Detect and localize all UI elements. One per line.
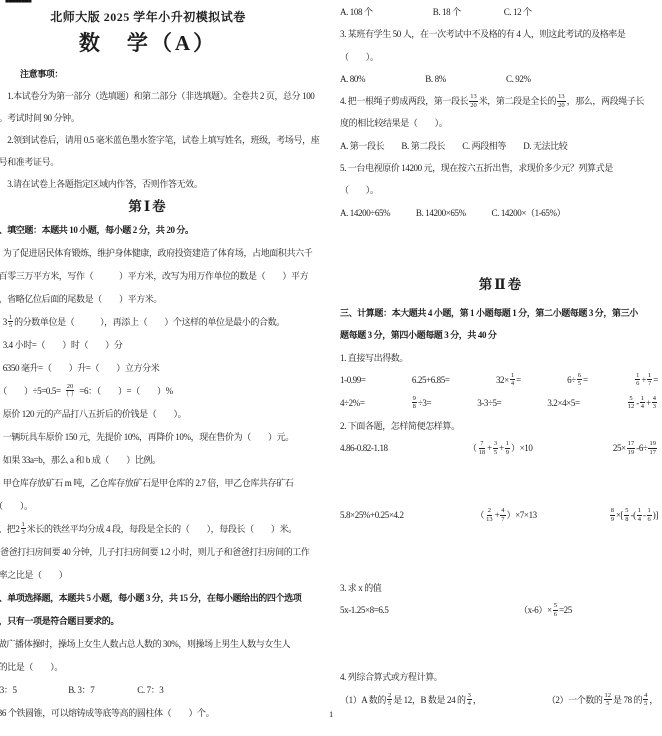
fraction: 14	[637, 507, 642, 523]
text-line: 5、（ ）÷5=0.5=20（ ）=6：（ ）=（ ）%	[0, 380, 306, 403]
text-line: 1. 做广播体操时，操场上女生人数占总人数的 30%，则操场上男生人数与女生人	[0, 633, 306, 656]
text-line: 16+17=	[634, 369, 658, 392]
text-line: 度的相比较结果是（ ）。	[340, 112, 662, 134]
text-line: 3、3.4 小时=（ ）时（ ）分	[0, 334, 306, 357]
paper-series-title: 北师大版 2025 学年小升初模拟试卷	[0, 8, 306, 25]
text-line: 4、6350 毫升=（ ）升=（ ）立方分米	[0, 357, 306, 380]
fraction: 1320	[469, 93, 478, 109]
fraction: 47	[500, 507, 505, 523]
left-column: 北师大版 2025 学年小升初模拟试卷 数 学（A） 注意事项： 1.本试卷分为…	[0, 8, 306, 725]
text-line: 9、甲仓库存放矿石 m 吨，乙仓库存放矿石是甲仓库的 2.7 倍，甲乙仓库共存矿…	[0, 472, 306, 495]
fraction: 14	[640, 395, 645, 411]
fraction: 20（ ）	[62, 383, 79, 399]
text-line: 8、如果 33a=b，那么 a 和 b 成（ ）比例。	[0, 449, 306, 472]
fraction: 25	[387, 692, 392, 708]
text-line: （213+47）×7×13	[475, 504, 536, 527]
fraction: 718	[478, 440, 487, 456]
text-line: A. 108 个 B. 18 个 C. 12 个	[340, 1, 662, 23]
text-line: A. 80% B. 8% C. 92%	[340, 68, 662, 90]
text-line: （ ）。	[340, 46, 662, 68]
text-line: （718+35+19）×10	[468, 437, 532, 460]
q2-row2: 5.8×25%+0.25×4.2（213+47）×7×1389×[58-(14-…	[340, 504, 662, 527]
fraction: 1719	[627, 440, 636, 456]
page-number: 1	[329, 709, 333, 719]
right-column: A. 108 个 B. 18 个 C. 12 个3. 某班有学生 50 人，在一…	[337, 1, 662, 712]
text-line: 5. 一台电视原价 14200 元，现在按六五折出售，求现价多少元？列算式是	[340, 157, 662, 179]
fraction: 16	[635, 372, 640, 388]
text-line: 九百零三万平方米，写作（ ）平方米，改写为用万作单位的数是（ ）平方	[0, 265, 306, 288]
text-line: 5x-1.25×8=6.5	[340, 599, 388, 622]
text-line: 7、一辆玩具车原价 150 元，先提价 10%，再降价 10%，现在售价为（ ）…	[0, 426, 306, 449]
text-line: 32×14=	[496, 369, 521, 392]
fraction: 1320	[557, 93, 566, 109]
text-line: 1-0.99=	[340, 369, 366, 392]
q4-label: 4. 列综合算式或方程计算。	[340, 666, 662, 688]
text-line: 1.本试卷分为第一部分（选填题）和第二部分（非选填题）。全卷共 2 页，总分 1…	[0, 85, 306, 107]
text-line: 中，只有一项是符合题目要求的。	[0, 610, 306, 633]
fraction: 17	[647, 372, 652, 388]
paper-subject-title: 数 学（A）	[0, 29, 306, 57]
fraction: 56	[553, 602, 558, 618]
text-line: 6、原价 120 元的产品打八五折后的价钱是（ ）。	[0, 403, 306, 426]
text-line: 3.2×4×5=	[547, 392, 579, 415]
text-line: 1、为了促进居民体育锻炼，维护身体健康，政府投资建造了体育场，占地面积共六千	[0, 242, 306, 265]
fraction: 15	[8, 314, 13, 330]
text-line: 10、把213米长的铁丝平均分成 4 段，每段是全长的（ ），每段长（ ）米。	[0, 518, 306, 541]
choice-questions-continued: A. 108 个 B. 18 个 C. 12 个3. 某班有学生 50 人，在一…	[340, 1, 662, 224]
text-line: 4÷2%=	[340, 392, 365, 415]
fraction: 13	[21, 521, 26, 537]
fraction: 98	[412, 395, 417, 411]
text-line: 89×[58-(14-16)]	[609, 504, 658, 527]
text-line: 2.领到试卷后，请用 0.5 毫米蓝色墨水签字笔，试卷上填写姓名，班级，考场号，…	[0, 129, 306, 151]
fraction: 34	[467, 692, 472, 708]
fraction: 89	[610, 507, 615, 523]
text-line: 4.86-0.82-1.18	[340, 437, 388, 460]
fraction: 65	[577, 372, 582, 388]
text-line: （ ）。	[340, 179, 662, 201]
notice-heading: 注意事项：	[0, 63, 306, 85]
text-line: （2）一个数的125是 78 的45，	[547, 689, 658, 712]
text-line: 512-14+43	[626, 392, 658, 415]
text-line: A. 第一段长 B. 第二段长 C. 两段相等 D. 无法比较	[340, 135, 662, 157]
fraction: 45	[643, 692, 648, 708]
fraction: 35	[493, 440, 498, 456]
part2-heading: 第Ⅱ卷	[340, 274, 662, 296]
text-line: 98÷3=	[411, 392, 432, 415]
text-line: 米，省略亿位后面的尾数是（ ）平方米。	[0, 288, 306, 311]
fraction: 125	[604, 692, 613, 708]
text-line: 6÷65=	[567, 369, 588, 392]
part1-heading: 第Ⅰ卷	[0, 195, 306, 219]
text-line: 3. 某班有学生 50 人，在一次考试中不及格的有 4 人，则这此考试的及格率是	[340, 23, 662, 45]
fraction: 58	[624, 507, 629, 523]
fraction: 14	[510, 372, 515, 388]
fraction: 213	[485, 507, 494, 523]
text-line: 5.8×25%+0.25×4.2	[340, 504, 404, 527]
text-line: 10.爸爸打扫房间要 40 分钟，儿子打扫房间要 1.2 小时，则儿子和爸爸打扫…	[0, 541, 306, 564]
text-line: 题每题 3 分，第四小题每题 3 分，共 40 分	[340, 324, 662, 346]
text-line: 25×1719-6÷1917	[613, 437, 658, 460]
q1-label: 1. 直接写出得数。	[340, 347, 662, 369]
text-line: 位号和准考证号。	[0, 151, 306, 173]
text-line: 4. 把一根绳子剪成两段，第一段长1320米，第二段是全长的1320，那么，两段…	[340, 90, 662, 112]
text-line: 3.请在试卷上各题指定区域内作答，否则作答无效。	[0, 173, 306, 195]
choice-questions: 1. 做广播体操时，操场上女生人数占总人数的 30%，则操场上男生人数与女生人数…	[0, 633, 306, 725]
text-line: （x-6）×56=25	[519, 599, 572, 622]
calc-section-heading: 三、计算题：本大题共 4 小题，第 1 小题每题 1 分，第二小题每题 3 分，…	[340, 302, 662, 347]
q2-row1: 4.86-0.82-1.18（718+35+19）×1025×1719-6÷19…	[340, 437, 662, 460]
choice-section-heading: 二、单项选择题，本题共 5 小题，每小题 3 分，共 15 分，在每小题给出的四…	[0, 587, 306, 633]
q4-row: （1）A 数的25是 12，B 数是 24 的34，（2）一个数的125是 78…	[340, 689, 662, 712]
text-line: 2、315的分数单位是（ ），再添上（ ）个这样的单位是最小的合数。	[0, 311, 306, 334]
exam-paper-page: ■■■■■■■■ 北师大版 2025 学年小升初模拟试卷 数 学（A） 注意事项…	[0, 0, 662, 736]
fill-section-heading: 一、填空题：本题共 10 小题，每小题 2 分，共 20 分。	[0, 219, 306, 242]
fraction: 512	[627, 395, 636, 411]
text-line: 效率之比是（ ）	[0, 564, 306, 587]
q3-label: 3. 求 x 的值	[340, 577, 662, 599]
q2-label: 2. 下面各题，怎样简便怎样算。	[340, 415, 662, 437]
fraction: 19	[505, 440, 510, 456]
text-line: 3-3÷5=	[477, 392, 501, 415]
text-line: 二、单项选择题，本题共 5 小题，每小题 3 分，共 15 分，在每小题给出的四…	[0, 587, 306, 610]
text-line: 6.25+6.85=	[412, 369, 450, 392]
q3-row: 5x-1.25×8=6.5（x-6）×56=25	[340, 599, 576, 622]
fraction: 43	[652, 395, 657, 411]
fill-questions: 1、为了促进居民体育锻炼，维护身体健康，政府投资建造了体育场，占地面积共六千九百…	[0, 242, 306, 587]
text-line: 2. 36 个铁圆锥，可以熔铸成等底等高的圆柱体（ ）个。	[0, 702, 306, 725]
text-line: （ ）。	[0, 495, 306, 518]
notice-lines: 1.本试卷分为第一部分（选填题）和第二部分（非选填题）。全卷共 2 页，总分 1…	[0, 85, 306, 195]
corner-mark: ■■■■■■■■	[5, 0, 31, 5]
text-line: A. 14200÷65% B. 14200×65% C. 14200×（1-65…	[340, 202, 662, 224]
text-line: 数的比是（ ）。	[0, 656, 306, 679]
fraction: 1917	[648, 440, 657, 456]
q1-row2: 4÷2%=98÷3=3-3÷5=3.2×4×5=512-14+43	[340, 392, 662, 415]
fraction: 16	[647, 507, 652, 523]
text-line: A. 3：5 B. 3：7 C. 7：3	[0, 679, 306, 702]
q1-row1: 1-0.99=6.25+6.85=32×14=6÷65=16+17=	[340, 369, 662, 392]
text-line: （1）A 数的25是 12，B 数是 24 的34，	[340, 689, 481, 712]
text-line: 三、计算题：本大题共 4 小题，第 1 小题每题 1 分，第二小题每题 3 分，…	[340, 302, 662, 324]
text-line: 分。考试时间 90 分钟。	[0, 107, 306, 129]
